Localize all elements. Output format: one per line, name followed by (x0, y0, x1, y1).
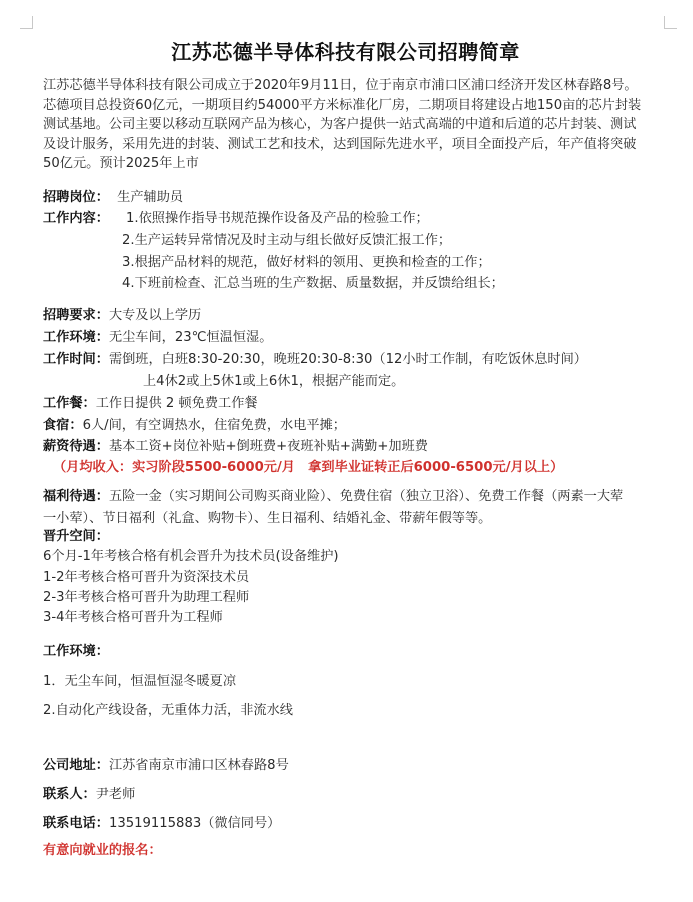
environment-label: 工作环境： (43, 330, 109, 345)
promotion-label: 晋升空间： (43, 529, 109, 544)
requirements-value: 大专及以上学历 (109, 308, 201, 323)
job-content-item: 1.依照操作指导书规范操作设备及产品的检验工作； (126, 207, 429, 226)
address-label: 公司地址： (43, 758, 109, 773)
salary-value: 基本工资+岗位补贴+倒班费+夜班补贴+满勤+加班费 (109, 439, 428, 454)
promotion-item: 1-2年考核合格可晋升为资深技术员 (43, 566, 249, 585)
promotion-item: 6个月-1年考核合格有机会晋升为技术员(设备维护) (43, 545, 339, 564)
work-env-label-row: 工作环境： (43, 640, 109, 659)
intro-line: 芯德项目总投资60亿元，一期项目约54000平方米标准化厂房，二期项目将建设占地… (43, 96, 658, 116)
requirements-row: 招聘要求：大专及以上学历 (43, 304, 201, 323)
contact-row: 联系人：尹老师 (43, 783, 135, 802)
benefits-section: 福利待遇：五险一金（实习期间公司购买商业险）、免费住宿（独立卫浴）、免费工作餐（… (43, 486, 668, 530)
salary-label: 薪资待遇： (43, 439, 109, 454)
salary-row: 薪资待遇：基本工资+岗位补贴+倒班费+夜班补贴+满勤+加班费 (43, 435, 428, 454)
phone-value: 13519115883（微信同号） (109, 816, 280, 831)
meals-row: 工作餐：工作日提供 2 顿免费工作餐 (43, 392, 258, 411)
apply-label: 有意向就业的报名： (43, 839, 162, 858)
work-env-item: 1．无尘车间，恒温恒湿冬暖夏凉 (43, 670, 236, 689)
hours-label: 工作时间： (43, 352, 109, 367)
lodging-label: 食宿： (43, 418, 83, 433)
promotion-item: 3-4年考核合格可晋升为工程师 (43, 606, 223, 625)
intro-line: 测试基地。公司主要以移动互联网产品为核心，为客户提供一站式高端的中道和后道的芯片… (43, 115, 658, 135)
hours-row: 工作时间：需倒班，白班8:30-20:30，晚班20:30-8:30（12小时工… (43, 348, 587, 367)
company-intro: 江苏芯德半导体科技有限公司成立于2020年9月11日，位于南京市浦口区浦口经济开… (43, 76, 658, 174)
intro-line: 50亿元。预计2025年上市 (43, 154, 658, 174)
lodging-value: 6人/间，有空调热水，住宿免费，水电平摊； (83, 418, 346, 433)
phone-row: 联系电话：13519115883（微信同号） (43, 812, 280, 831)
intro-line: 及设计服务，采用先进的封装、测试工艺和技术，达到国际先进水平，项目全面投产后，年… (43, 135, 658, 155)
hours-value: 需倒班，白班8:30-20:30，晚班20:30-8:30（12小时工作制，有吃… (109, 352, 587, 367)
job-content-item: 2.生产运转异常情况及时主动与组长做好反馈汇报工作； (122, 229, 451, 248)
work-env-label: 工作环境： (43, 644, 109, 659)
job-content-label: 工作内容： (43, 211, 109, 226)
promotion-label-row: 晋升空间： (43, 525, 109, 544)
document-title: 江苏芯德半导体科技有限公司招聘简章 (43, 36, 648, 65)
page-corner-mark-top-right (664, 16, 677, 29)
work-env-item: 2.自动化产线设备，无重体力活，非流水线 (43, 699, 293, 718)
job-content-item: 3.根据产品材料的规范，做好材料的领用、更换和检查的工作； (122, 251, 491, 270)
job-content-item: 4.下班前检查、汇总当班的生产数据、质量数据，并反馈给组长； (122, 272, 504, 291)
position-value: 生产辅助员 (117, 190, 183, 205)
position-label: 招聘岗位： (43, 190, 109, 205)
environment-row: 工作环境：无尘车间，23℃恒温恒湿。 (43, 326, 272, 345)
meals-value: 工作日提供 2 顿免费工作餐 (96, 396, 258, 411)
page-corner-mark-top-left (20, 16, 33, 29)
promotion-item: 2-3年考核合格可晋升为助理工程师 (43, 586, 249, 605)
contact-value: 尹老师 (96, 787, 136, 802)
requirements-label: 招聘要求： (43, 308, 109, 323)
benefits-label: 福利待遇： (43, 489, 109, 504)
benefits-line: 一小荤）、节日福利（礼盒、购物卡）、生日福利、结婚礼金、带薪年假等等。 (43, 508, 668, 530)
lodging-row: 食宿：6人/间，有空调热水，住宿免费，水电平摊； (43, 414, 346, 433)
address-row: 公司地址：江苏省南京市浦口区林春路8号 (43, 754, 289, 773)
contact-label: 联系人： (43, 787, 96, 802)
position-row: 招聘岗位： 生产辅助员 (43, 186, 183, 205)
address-value: 江苏省南京市浦口区林春路8号 (109, 758, 289, 773)
benefits-line: 五险一金（实习期间公司购买商业险）、免费住宿（独立卫浴）、免费工作餐（两素一大荤 (109, 489, 623, 504)
meals-label: 工作餐： (43, 396, 96, 411)
phone-label: 联系电话： (43, 816, 109, 831)
intro-line: 江苏芯德半导体科技有限公司成立于2020年9月11日，位于南京市浦口区浦口经济开… (43, 76, 658, 96)
hours-rotation: 上4休2或上5休1或上6休1，根据产能而定。 (143, 370, 404, 389)
job-content-label-row: 工作内容： (43, 207, 109, 226)
salary-highlight: （月均收入：实习阶段5500-6000元/月 拿到毕业证转正后6000-6500… (53, 456, 563, 475)
environment-value: 无尘车间，23℃恒温恒湿。 (109, 330, 272, 345)
